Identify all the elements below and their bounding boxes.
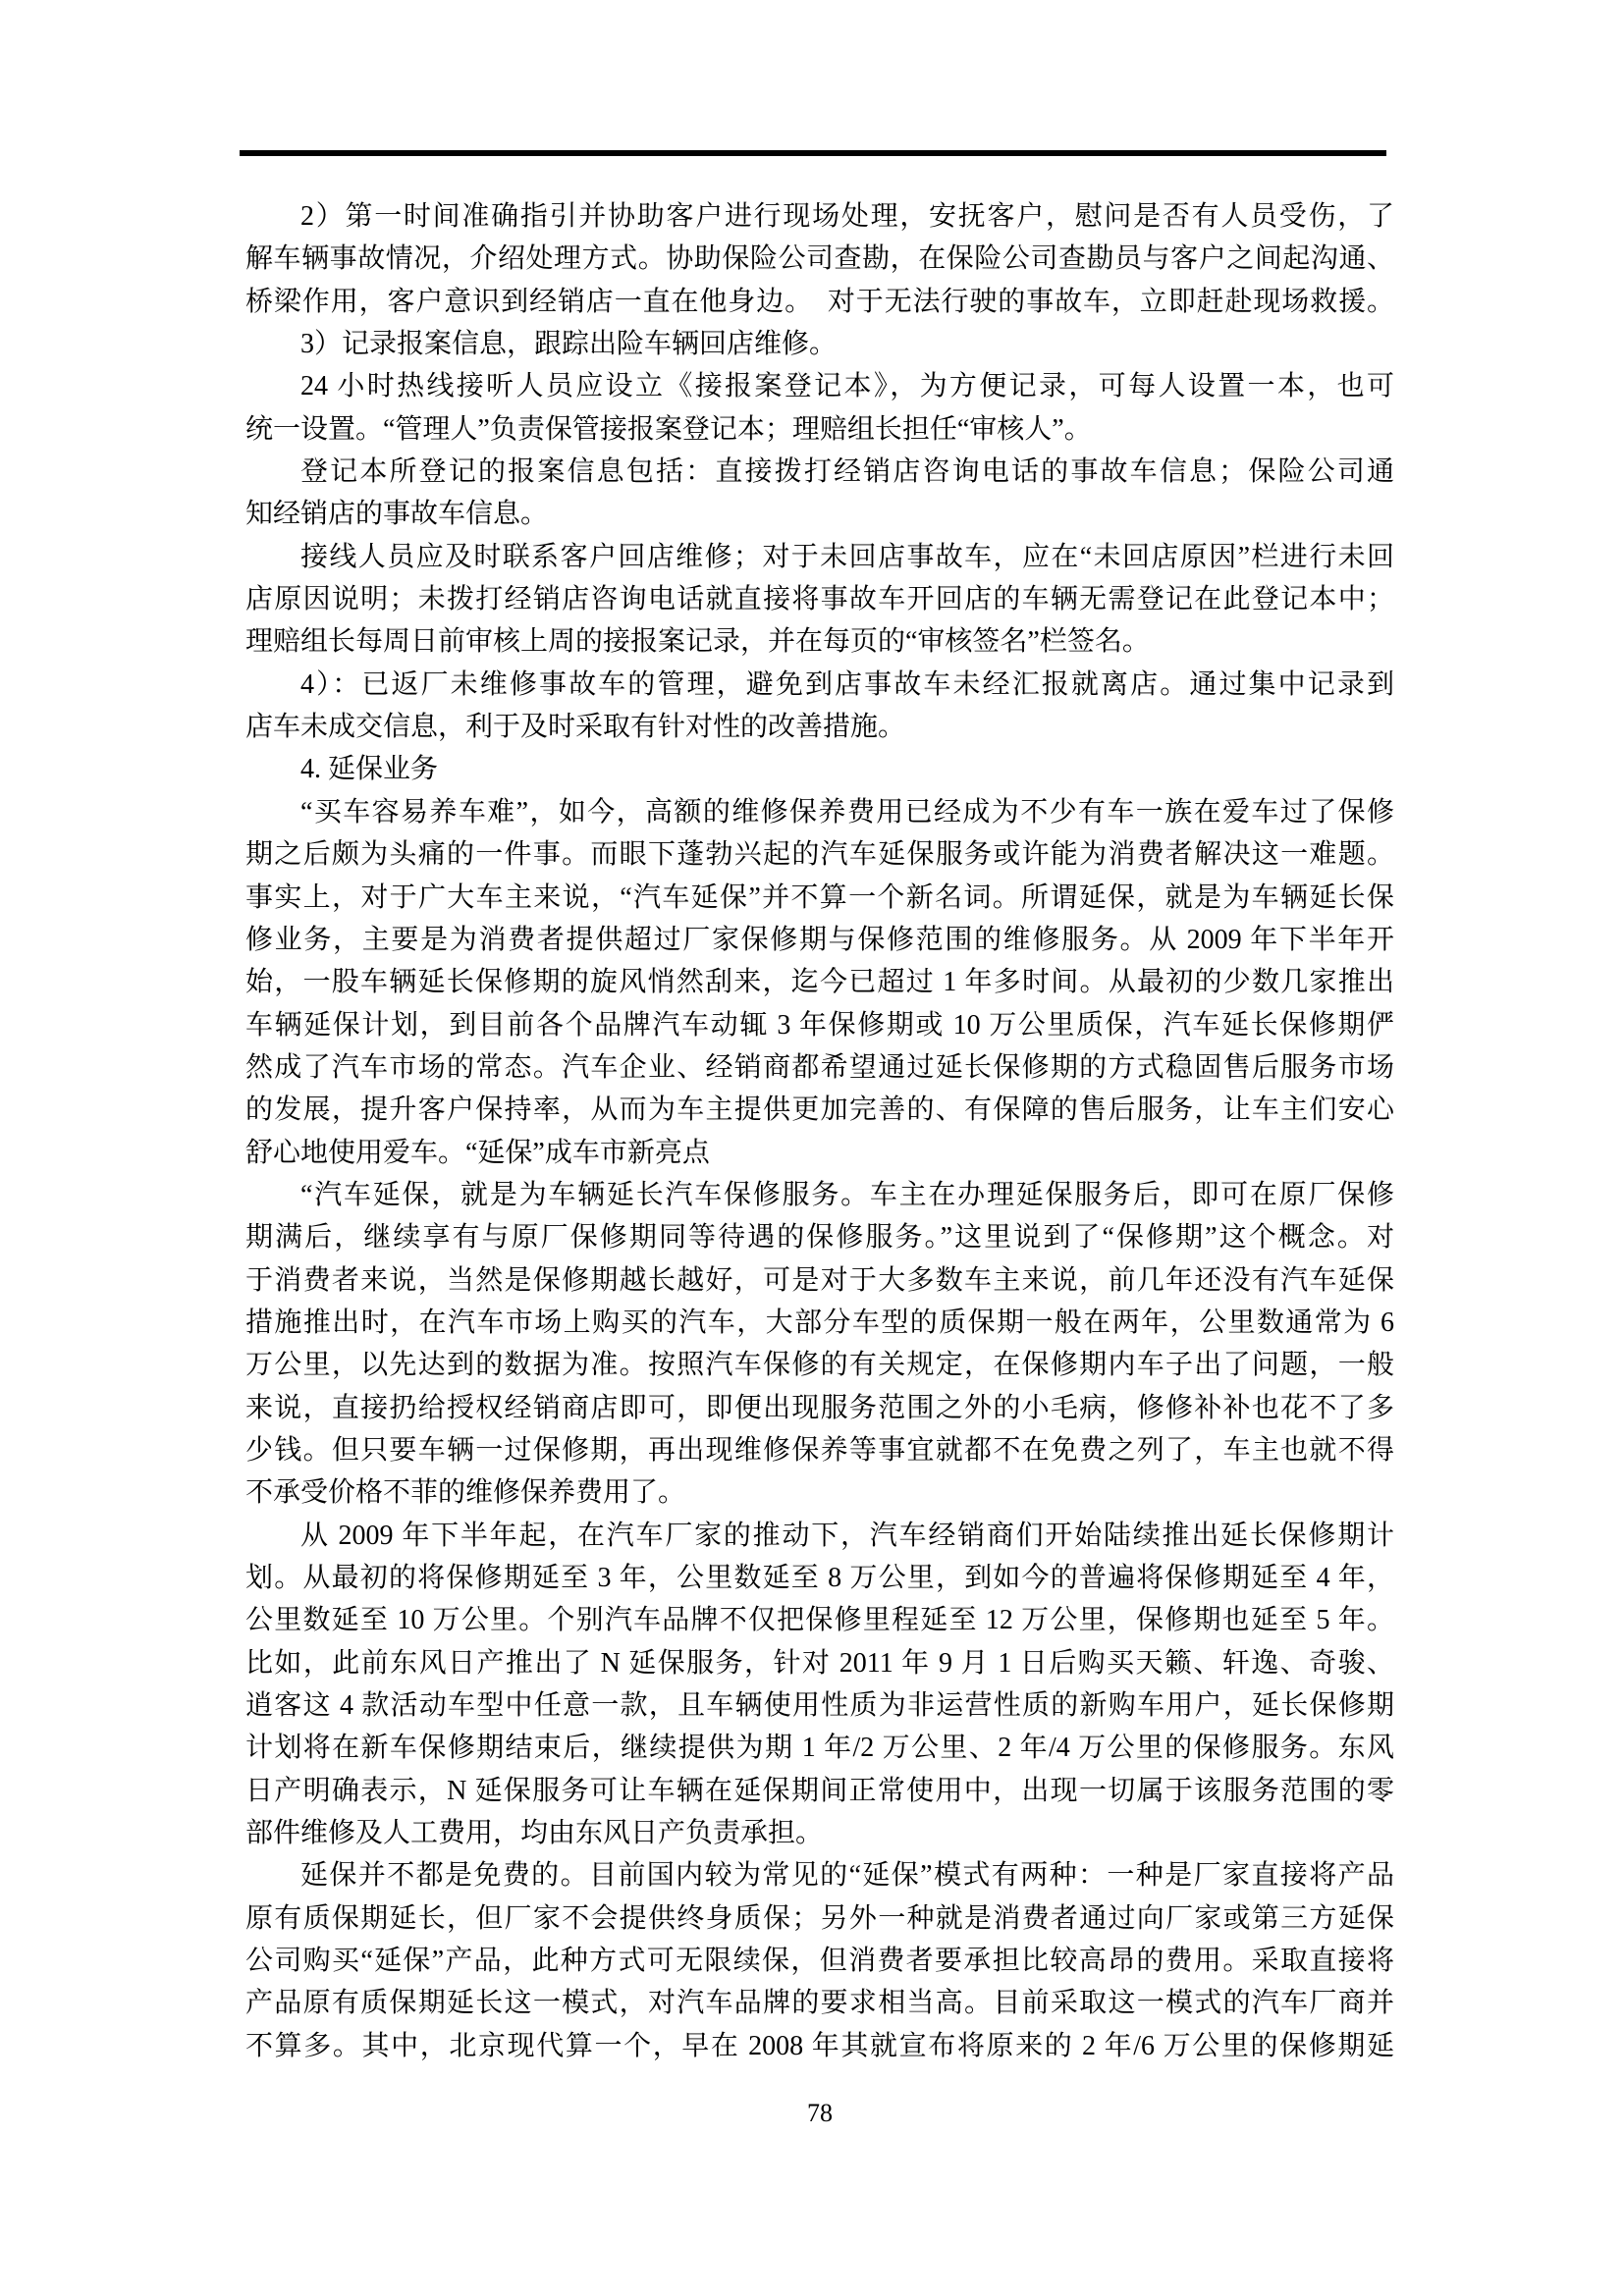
text-line: 少钱。但只要车辆一过保修期，再出现维修保养等事宜就都不在免费之列了，车主也就不得	[245, 1429, 1394, 1471]
text-line: 舒心地使用爱车。“延保”成车市新亮点	[245, 1132, 1394, 1174]
text-line: 从 2009 年下半年起，在汽车厂家的推动下，汽车经销商们开始陆续推出延长保修期…	[245, 1515, 1394, 1557]
paragraph: 从 2009 年下半年起，在汽车厂家的推动下，汽车经销商们开始陆续推出延长保修期…	[245, 1515, 1394, 1855]
paragraph: “买车容易养车难”，如今，高额的维修保养费用已经成为不少有车一族在爱车过了保修期…	[245, 791, 1394, 1174]
text-line: 的发展，提升客户保持率，从而为车主提供更加完善的、有保障的售后服务，让车主们安心	[245, 1089, 1394, 1131]
text-line: 措施推出时，在汽车市场上购买的汽车，大部分车型的质保期一般在两年，公里数通常为 …	[245, 1302, 1394, 1344]
text-line: 部件维修及人工费用，均由东风日产负责承担。	[245, 1812, 1394, 1854]
paragraph: 4）：已返厂未维修事故车的管理，避免到店事故车未经汇报就离店。通过集中记录到店车…	[245, 664, 1394, 749]
text-line: 桥梁作用，客户意识到经销店一直在他身边。 对于无法行驶的事故车，立即赶赴现场救援…	[245, 281, 1394, 323]
text-line: 产品原有质保期延长这一模式，对汽车品牌的要求相当高。目前采取这一模式的汽车厂商并	[245, 1982, 1394, 2024]
text-line: 店车未成交信息，利于及时采取有针对性的改善措施。	[245, 706, 1394, 748]
text-line: 公司购买“延保”产品，此种方式可无限续保，但消费者要承担比较高昂的费用。采取直接…	[245, 1940, 1394, 1982]
text-line: 2）第一时间准确指引并协助客户进行现场处理，安抚客户，慰问是否有人员受伤，了	[245, 195, 1394, 238]
header-rule	[240, 150, 1386, 156]
text-line: 4）：已返厂未维修事故车的管理，避免到店事故车未经汇报就离店。通过集中记录到	[245, 664, 1394, 706]
text-line: “汽车延保，就是为车辆延长汽车保修服务。车主在办理延保服务后，即可在原厂保修	[245, 1174, 1394, 1216]
text-line: 日产明确表示，N 延保服务可让车辆在延保期间正常使用中，出现一切属于该服务范围的…	[245, 1770, 1394, 1812]
text-line: 期满后，继续享有与原厂保修期同等待遇的保修服务。”这里说到了“保修期”这个概念。…	[245, 1216, 1394, 1258]
document-body: 2）第一时间准确指引并协助客户进行现场处理，安抚客户，慰问是否有人员受伤，了解车…	[245, 195, 1394, 2067]
text-line: 不算多。其中，北京现代算一个，早在 2008 年其就宣布将原来的 2 年/6 万…	[245, 2025, 1394, 2067]
text-line: 延保并不都是免费的。目前国内较为常见的“延保”模式有两种：一种是厂家直接将产品	[245, 1854, 1394, 1896]
text-line: 4. 延保业务	[245, 748, 1394, 790]
text-line: 期之后颇为头痛的一件事。而眼下蓬勃兴起的汽车延保服务或许能为消费者解决这一难题。	[245, 833, 1394, 876]
text-line: 计划将在新车保修期结束后，继续提供为期 1 年/2 万公里、2 年/4 万公里的…	[245, 1727, 1394, 1769]
text-line: 比如，此前东风日产推出了 N 延保服务，针对 2011 年 9 月 1 日后购买…	[245, 1642, 1394, 1684]
text-line: 划。从最初的将保修期延至 3 年，公里数延至 8 万公里，到如今的普遍将保修期延…	[245, 1557, 1394, 1599]
text-line: 统一设置。“管理人”负责保管接报案登记本；理赔组长担任“审核人”。	[245, 408, 1394, 451]
text-line: 登记本所登记的报案信息包括：直接拨打经销店咨询电话的事故车信息；保险公司通	[245, 451, 1394, 493]
text-line: 万公里，以先达到的数据为准。按照汽车保修的有关规定，在保修期内车子出了问题，一般	[245, 1344, 1394, 1386]
document-page: 2）第一时间准确指引并协助客户进行现场处理，安抚客户，慰问是否有人员受伤，了解车…	[0, 0, 1624, 2296]
text-line: 始，一股车辆延长保修期的旋风悄然刮来，迄今已超过 1 年多时间。从最初的少数几家…	[245, 961, 1394, 1003]
text-line: 公里数延至 10 万公里。个别汽车品牌不仅把保修里程延至 12 万公里，保修期也…	[245, 1599, 1394, 1641]
text-line: 逍客这 4 款活动车型中任意一款，且车辆使用性质为非运营性质的新购车用户，延长保…	[245, 1684, 1394, 1727]
paragraph: “汽车延保，就是为车辆延长汽车保修服务。车主在办理延保服务后，即可在原厂保修期满…	[245, 1174, 1394, 1515]
text-line: 事实上，对于广大车主来说，“汽车延保”并不算一个新名词。所谓延保，就是为车辆延长…	[245, 877, 1394, 919]
text-line: 24 小时热线接听人员应设立《接报案登记本》，为方便记录，可每人设置一本，也可	[245, 365, 1394, 407]
paragraph: 4. 延保业务	[245, 748, 1394, 790]
paragraph: 24 小时热线接听人员应设立《接报案登记本》，为方便记录，可每人设置一本，也可统…	[245, 365, 1394, 451]
text-line: 3）记录报案信息，跟踪出险车辆回店维修。	[245, 323, 1394, 365]
text-line: 解车辆事故情况，介绍处理方式。协助保险公司查勘，在保险公司查勘员与客户之间起沟通…	[245, 238, 1394, 280]
text-line: 然成了汽车市场的常态。汽车企业、经销商都希望通过延长保修期的方式稳固售后服务市场	[245, 1046, 1394, 1089]
text-line: 车辆延保计划，到目前各个品牌汽车动辄 3 年保修期或 10 万公里质保，汽车延长…	[245, 1004, 1394, 1046]
text-line: 知经销店的事故车信息。	[245, 493, 1394, 535]
paragraph: 3）记录报案信息，跟踪出险车辆回店维修。	[245, 323, 1394, 365]
page-number: 78	[245, 2099, 1394, 2128]
text-line: 理赔组长每周日前审核上周的接报案记录，并在每页的“审核签名”栏签名。	[245, 620, 1394, 663]
text-line: 不承受价格不菲的维修保养费用了。	[245, 1471, 1394, 1514]
text-line: 于消费者来说，当然是保修期越长越好，可是对于大多数车主来说，前几年还没有汽车延保	[245, 1259, 1394, 1302]
paragraph: 接线人员应及时联系客户回店维修；对于未回店事故车，应在“未回店原因”栏进行未回店…	[245, 536, 1394, 664]
paragraph: 登记本所登记的报案信息包括：直接拨打经销店咨询电话的事故车信息；保险公司通知经销…	[245, 451, 1394, 536]
text-line: 店原因说明；未拨打经销店咨询电话就直接将事故车开回店的车辆无需登记在此登记本中；	[245, 578, 1394, 620]
paragraph: 2）第一时间准确指引并协助客户进行现场处理，安抚客户，慰问是否有人员受伤，了解车…	[245, 195, 1394, 323]
text-line: “买车容易养车难”，如今，高额的维修保养费用已经成为不少有车一族在爱车过了保修	[245, 791, 1394, 833]
text-line: 修业务，主要是为消费者提供超过厂家保修期与保修范围的维修服务。从 2009 年下…	[245, 919, 1394, 961]
text-line: 来说，直接扔给授权经销商店即可，即便出现服务范围之外的小毛病，修修补补也花不了多	[245, 1387, 1394, 1429]
paragraph: 延保并不都是免费的。目前国内较为常见的“延保”模式有两种：一种是厂家直接将产品原…	[245, 1854, 1394, 2067]
text-line: 原有质保期延长，但厂家不会提供终身质保；另外一种就是消费者通过向厂家或第三方延保	[245, 1897, 1394, 1940]
text-line: 接线人员应及时联系客户回店维修；对于未回店事故车，应在“未回店原因”栏进行未回	[245, 536, 1394, 578]
